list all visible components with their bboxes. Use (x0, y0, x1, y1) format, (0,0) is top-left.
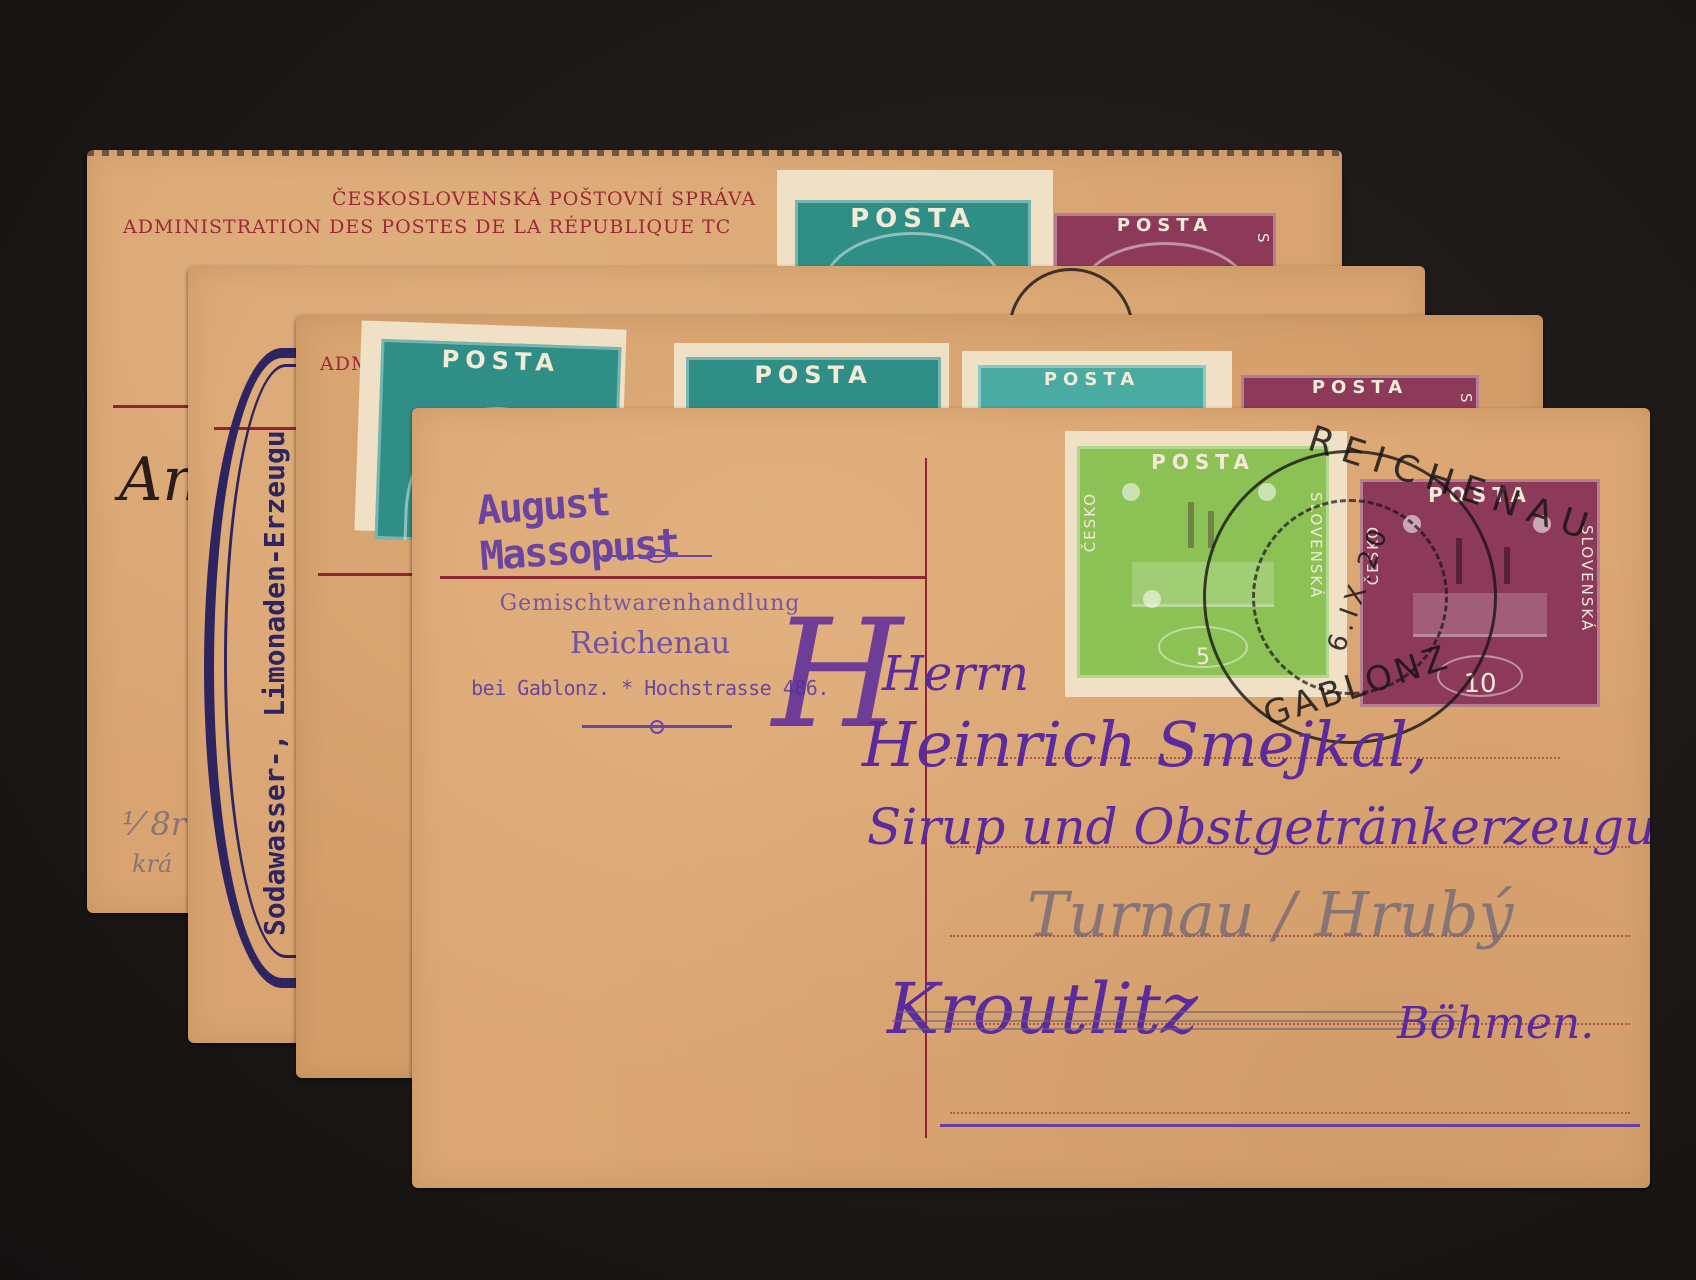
card1-pencil-note-1: ⅟ 8r (122, 805, 186, 843)
card3-rule (318, 573, 418, 576)
pencil-strikethrough-2 (892, 1020, 1462, 1022)
stamp-posta-label: POSTA (795, 204, 1031, 234)
address-line-5 (950, 1112, 1630, 1114)
stamp-side-left: ČESKO (1081, 492, 1099, 552)
stamp-side-label: S (1254, 233, 1272, 245)
card4-rule (440, 576, 925, 579)
address-recipient: Heinrich Smejkal, (862, 708, 1428, 781)
address-pencil-correction: Turnau / Hrubý (1027, 878, 1513, 951)
card2-firm-stamp-text: Sodawasser-, Limonaden-Erzeugu (258, 430, 291, 936)
stamp-posta-label: POSTA (1241, 377, 1479, 398)
postcard-4-front: August Massopust Gemischtwarenhandlung R… (412, 408, 1650, 1188)
card1-header-french: ADMINISTRATION DES POSTES DE LA RÉPUBLIQ… (123, 216, 731, 238)
card1-header-czech: ČESKOSLOVENSKÁ POŠTOVNÍ SPRÁVA (332, 188, 756, 210)
address-town-struck: Kroutlitz (887, 968, 1198, 1050)
address-business: Sirup und Obstgetränkerzeugung (867, 798, 1650, 856)
ornament-flourish-bottom (650, 720, 664, 734)
card1-rule (113, 405, 193, 408)
pencil-strikethrough-3 (902, 1028, 1457, 1030)
stamp-posta-label: POSTA (1054, 215, 1276, 236)
stamp-side-label: S (1457, 393, 1475, 405)
pencil-strikethrough-1 (897, 1011, 1457, 1013)
address-salutation: Herrn (882, 646, 1029, 702)
stamp-posta-label: POSTA (686, 361, 941, 389)
stamp-posta-label: POSTA (978, 369, 1206, 390)
ornament-flourish-top (646, 549, 668, 563)
address-underline (940, 1124, 1640, 1127)
card1-pencil-note-2: krá (132, 850, 172, 878)
address-region: Böhmen. (1397, 998, 1594, 1049)
